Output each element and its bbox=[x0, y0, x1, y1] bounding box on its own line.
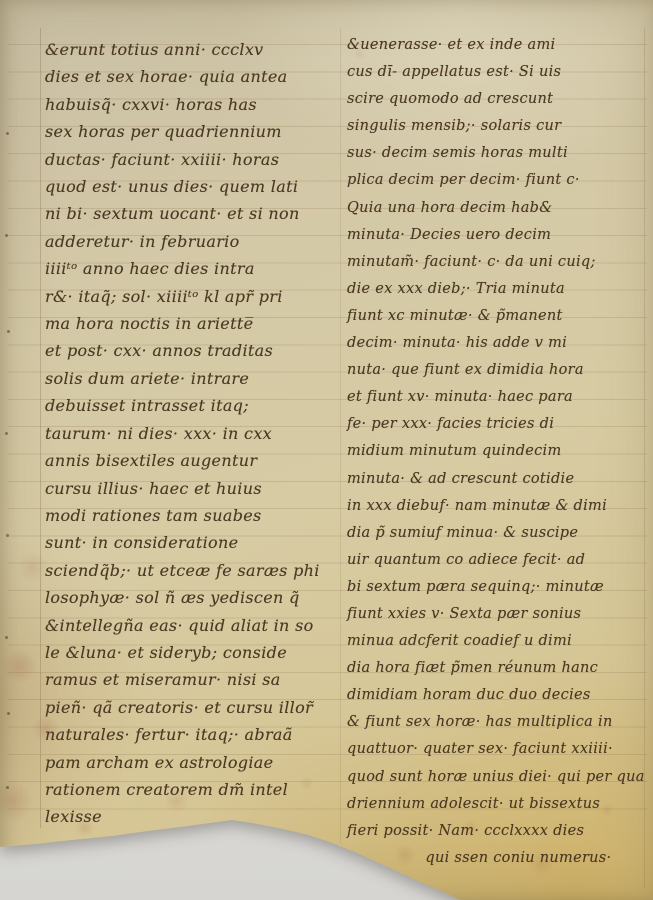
text-line: fe· per xxx· facies tricies di bbox=[347, 411, 647, 438]
text-line: habuisq̃· cxxvi· horas has bbox=[45, 91, 337, 118]
text-line: driennium adolescit· ut bissextus bbox=[347, 791, 647, 818]
text-line: pam archam ex astrologiae bbox=[45, 749, 337, 776]
text-line: minua adcferit coadief u dimi bbox=[347, 628, 647, 655]
text-line: &erunt totius anni· ccclxv bbox=[45, 36, 337, 63]
text-line: iiiiᵗᵒ anno haec dies intra bbox=[45, 255, 337, 282]
text-line: &uenerasse· et ex inde ami bbox=[347, 32, 647, 59]
text-line: rationem creatorem dm̃ intel bbox=[45, 776, 337, 803]
text-line: ductas· faciunt· xxiiii· horas bbox=[45, 146, 337, 173]
text-line: midium minutum quindecim bbox=[347, 438, 647, 465]
text-line: losophyæ· sol ñ æs yediscen q̃ bbox=[45, 584, 337, 611]
text-line: ni bi· sextum uocant· et si non bbox=[45, 200, 337, 227]
pricking-dot bbox=[7, 330, 10, 333]
text-line: sus· decim semis horas multi bbox=[347, 140, 647, 167]
parchment-page: &erunt totius anni· ccclxvdies et sex ho… bbox=[0, 0, 653, 900]
text-line: et fiunt xv· minuta· haec para bbox=[347, 384, 647, 411]
text-line: cursu illius· haec et huius bbox=[45, 475, 337, 502]
text-line: pieñ· qã creatoris· et cursu illor̃ bbox=[45, 694, 337, 721]
text-line: ramus et miseramur· nisi sa bbox=[45, 666, 337, 693]
left-margin-rule bbox=[40, 28, 41, 828]
text-line: &intellegña eas· quid aliat in so bbox=[45, 612, 337, 639]
column-divider-rule bbox=[340, 28, 341, 843]
text-line: minuta· & ad crescunt cotidie bbox=[347, 466, 647, 493]
pricking-dot bbox=[7, 712, 10, 715]
text-line: minuta· Decies uero decim bbox=[347, 222, 647, 249]
text-line: fieri possit· Nam· ccclxxxx dies bbox=[347, 818, 647, 845]
parchment-shadow-wrap: &erunt totius anni· ccclxvdies et sex ho… bbox=[0, 0, 653, 900]
text-line: taurum· ni dies· xxx· in cxx bbox=[45, 420, 337, 447]
text-line: quattuor· quater sex· faciunt xxiiii· bbox=[347, 736, 647, 763]
pricking-dot bbox=[5, 636, 8, 639]
pricking-dot bbox=[5, 234, 8, 237]
pricking-dot bbox=[6, 132, 9, 135]
text-line: dies et sex horae· quia antea bbox=[45, 63, 337, 90]
text-line: qui ssen coniu numerus· bbox=[347, 845, 647, 872]
text-line: fiunt xxies v· Sexta pær sonius bbox=[347, 601, 647, 628]
text-line: quod sunt horæ unius diei· qui per qua bbox=[347, 764, 647, 791]
text-line: sex horas per quadriennium bbox=[45, 118, 337, 145]
text-line: et post· cxx· annos traditas bbox=[45, 337, 337, 364]
text-line: modi rationes tam suabes bbox=[45, 502, 337, 529]
pricking-dot bbox=[6, 534, 9, 537]
text-line: debuisset intrasset itaq; bbox=[45, 392, 337, 419]
text-line: quod est· unus dies· quem lati bbox=[45, 173, 337, 200]
pricking-dot bbox=[5, 432, 8, 435]
text-line: adderetur· in februario bbox=[45, 228, 337, 255]
left-text-column: &erunt totius anni· ccclxvdies et sex ho… bbox=[45, 36, 337, 831]
text-line: annis bisextiles augentur bbox=[45, 447, 337, 474]
text-line: dia p̃ sumiuf minua· & suscipe bbox=[347, 520, 647, 547]
text-line: minutam̃· faciunt· c· da uni cuiq; bbox=[347, 249, 647, 276]
manuscript-photo: &erunt totius anni· ccclxvdies et sex ho… bbox=[0, 0, 653, 900]
right-text-column: &uenerasse· et ex inde amicus dī- appell… bbox=[347, 32, 647, 872]
text-line: sciendq̃b;· ut etceæ fe saræs phi bbox=[45, 557, 337, 584]
text-line: uir quantum co adiece fecit· ad bbox=[347, 547, 647, 574]
text-line: decim· minuta· his adde v mi bbox=[347, 330, 647, 357]
text-line: nuta· que fiunt ex dimidia hora bbox=[347, 357, 647, 384]
text-line: sunt· in consideratione bbox=[45, 529, 337, 556]
text-line: scire quomodo ad crescunt bbox=[347, 86, 647, 113]
text-line: r&· itaq̃; sol· xiiiiᵗᵒ kl apr̃ pri bbox=[45, 283, 337, 310]
text-line: dimidiam horam duc duo decies bbox=[347, 682, 647, 709]
text-line: lexisse bbox=[45, 803, 337, 830]
text-line: ma hora noctis in ariette̅ bbox=[45, 310, 337, 337]
text-line: fiunt xc minutæ· & p̃manent bbox=[347, 303, 647, 330]
text-line: plica decim per decim· fiunt c· bbox=[347, 167, 647, 194]
text-line: le &luna· et sideryb; conside bbox=[45, 639, 337, 666]
text-line: in xxx diebuf· nam minutæ & dimi bbox=[347, 493, 647, 520]
pricking-dot bbox=[6, 786, 9, 789]
text-line: bi sextum pæra sequinq;· minutæ bbox=[347, 574, 647, 601]
text-line: & fiunt sex horæ· has multiplica in bbox=[347, 709, 647, 736]
text-line: singulis mensib;· solaris cur bbox=[347, 113, 647, 140]
text-line: dia hora fiæt p̃men réunum hanc bbox=[347, 655, 647, 682]
text-line: solis dum ariete· intrare bbox=[45, 365, 337, 392]
text-line: Quia una hora decim hab& bbox=[347, 195, 647, 222]
text-line: die ex xxx dieb;· Tria minuta bbox=[347, 276, 647, 303]
text-line: cus dī- appellatus est· Si uis bbox=[347, 59, 647, 86]
text-line: naturales· fertur· itaq;· abraã bbox=[45, 721, 337, 748]
